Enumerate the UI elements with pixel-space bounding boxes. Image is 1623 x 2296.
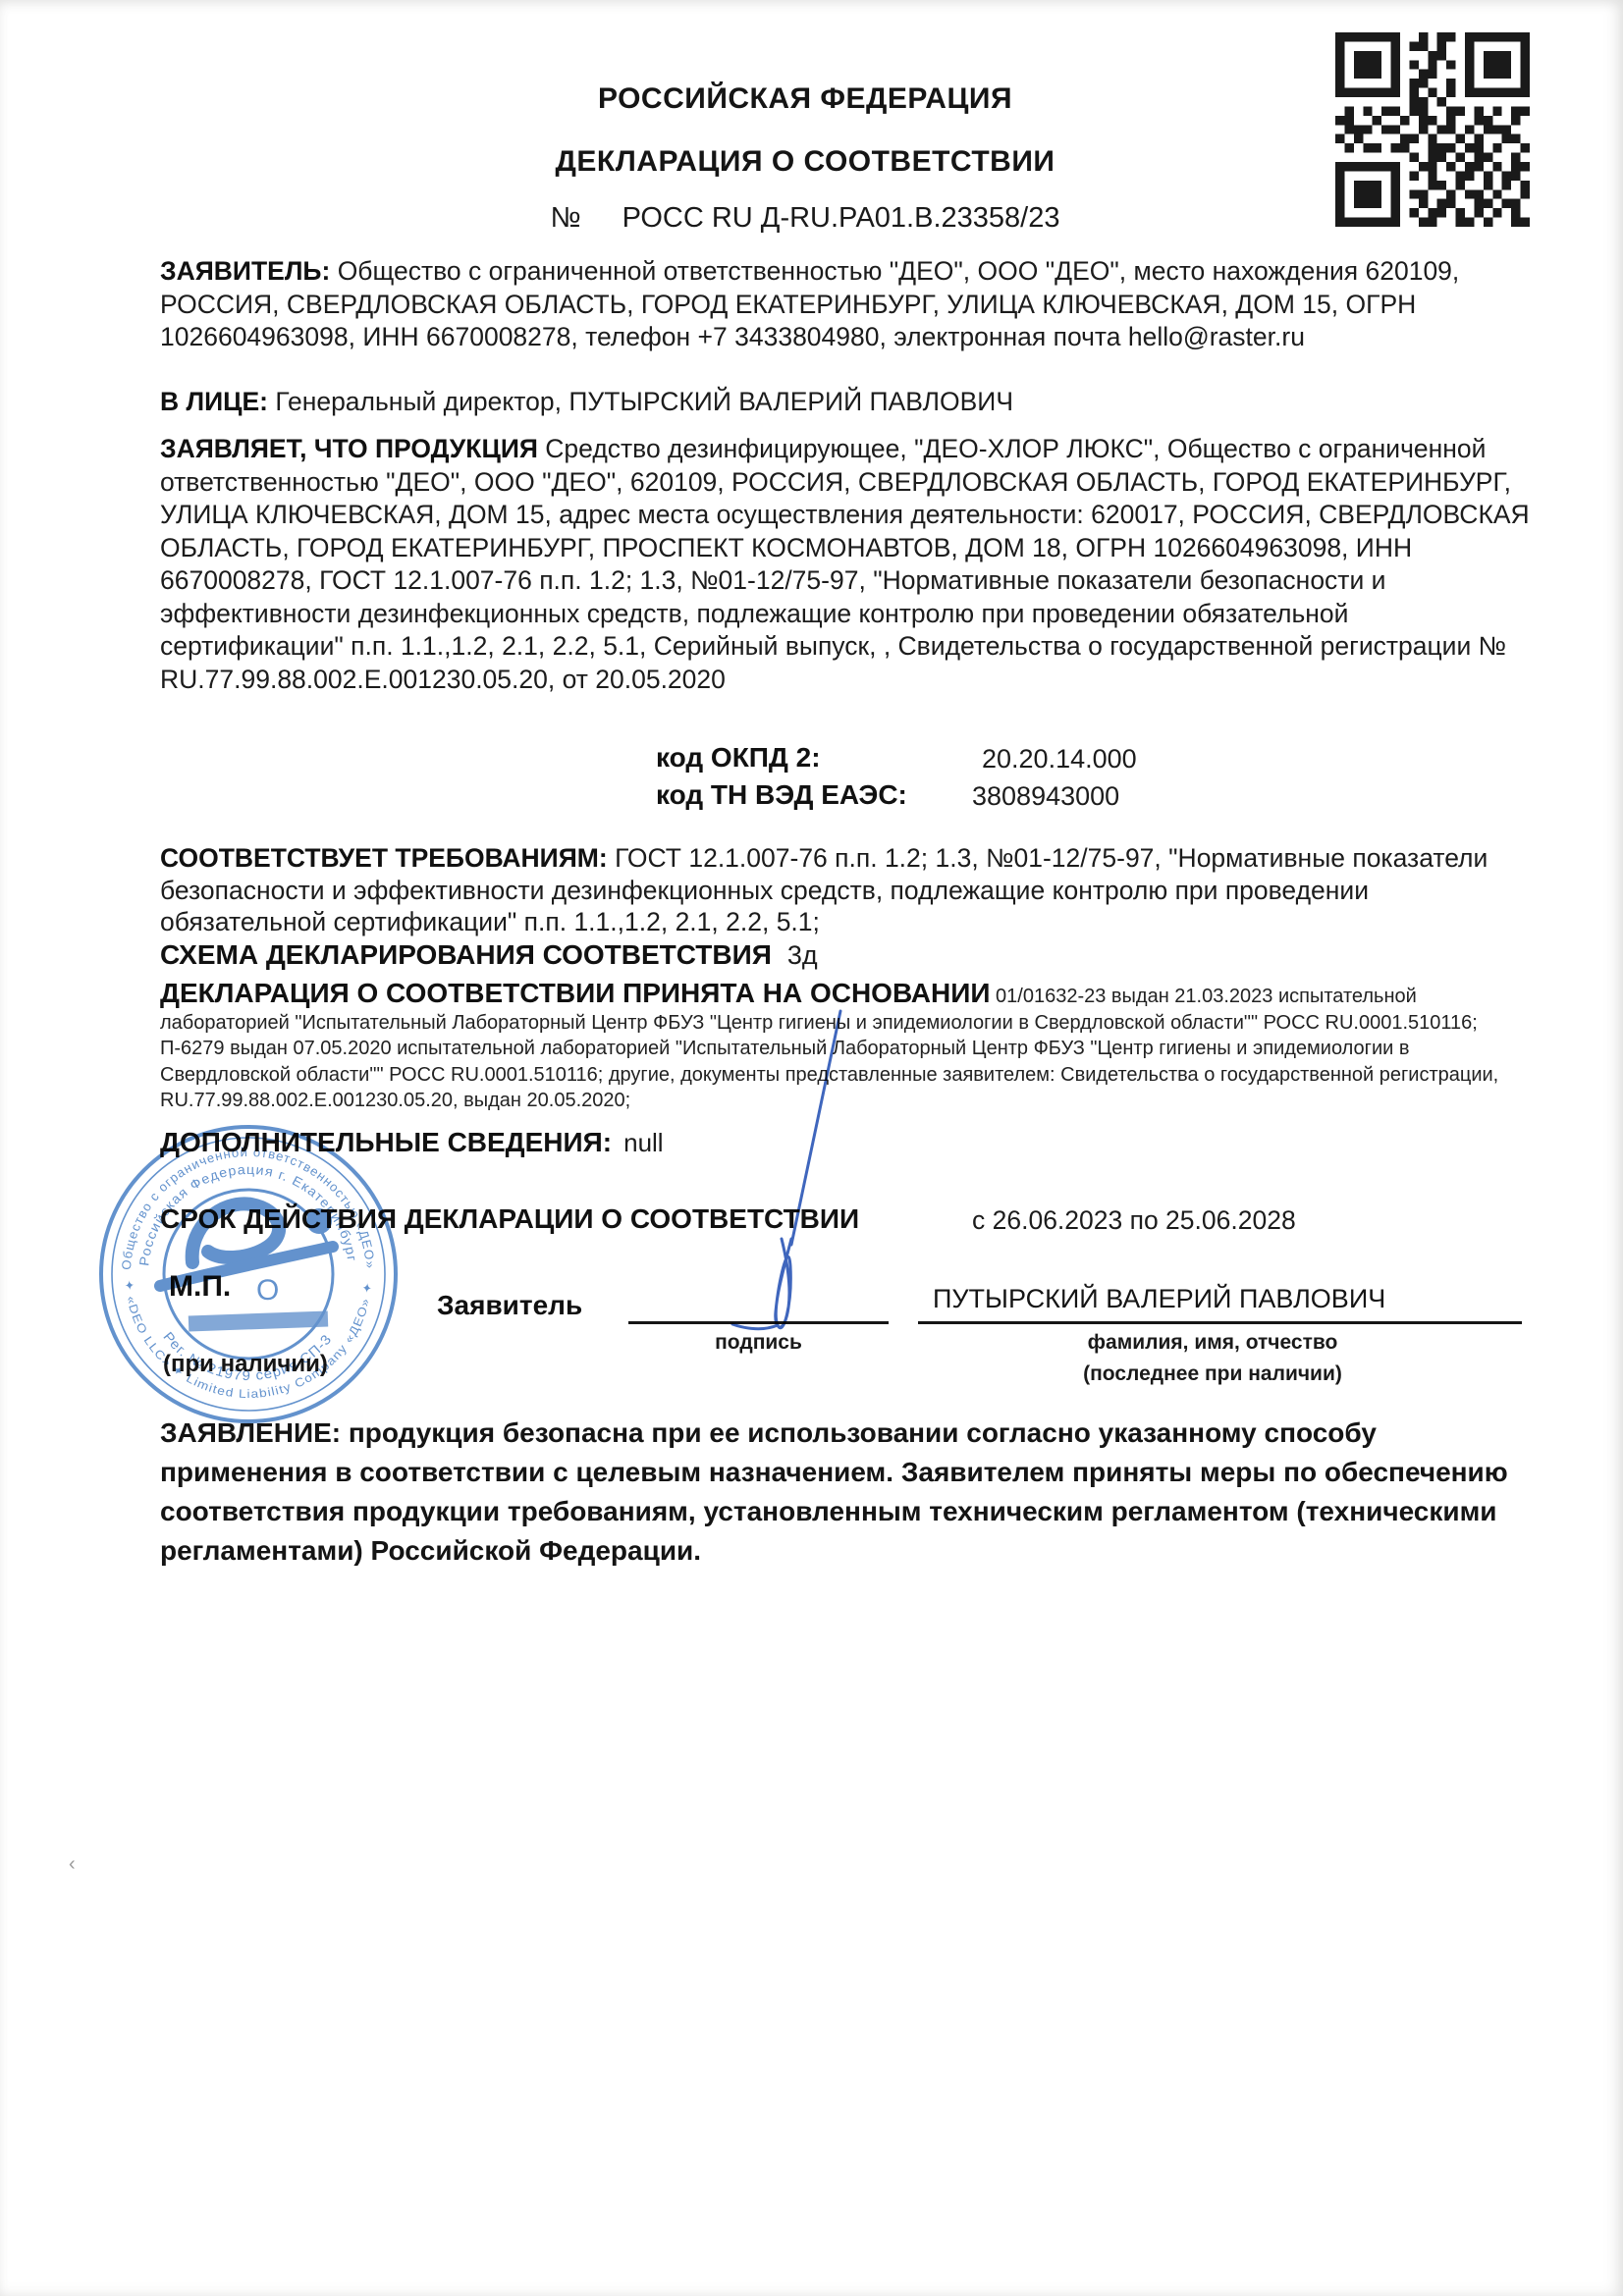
mp-label: М.П. (169, 1270, 231, 1304)
in-person-label: В ЛИЦЕ: (160, 387, 268, 416)
basis-label: ДЕКЛАРАЦИЯ О СООТВЕТСТВИИ ПРИНЯТА НА ОСН… (160, 978, 990, 1008)
complies-label: СООТВЕТСТВУЕТ ТРЕБОВАНИЯМ: (160, 843, 608, 873)
applicant-text: Общество с ограниченной ответственностью… (160, 256, 1459, 351)
okpd-label: код ОКПД 2: (656, 742, 821, 774)
signature-caption: подпись (628, 1331, 889, 1355)
product-paragraph: ЗАЯВЛЯЕТ, ЧТО ПРОДУКЦИЯ Средство дезинфи… (160, 433, 1535, 696)
validity-row: СРОК ДЕЙСТВИЯ ДЕКЛАРАЦИИ О СООТВЕТСТВИИ … (160, 1203, 1535, 1243)
applicant-label: ЗАЯВИТЕЛЬ: (160, 256, 330, 286)
name-caption-2: (последнее при наличии) (918, 1362, 1507, 1386)
basis-paragraph: ДЕКЛАРАЦИЯ О СООТВЕТСТВИИ ПРИНЯТА НА ОСН… (160, 981, 1535, 1114)
stamp-center-letter: О (256, 1274, 279, 1307)
scheme-value: 3д (787, 940, 818, 970)
signature-line (628, 1276, 889, 1324)
declaration-document: РОССИЙСКАЯ ФЕДЕРАЦИЯ ДЕКЛАРАЦИЯ О СООТВЕ… (0, 0, 1623, 2296)
declaration-number: РОСС RU Д-RU.РА01.В.23358/23 (622, 202, 1060, 234)
okpd-row: код ОКПД 2: 20.20.14.000 (160, 742, 1535, 777)
product-label: ЗАЯВЛЯЕТ, ЧТО ПРОДУКЦИЯ (160, 434, 538, 463)
product-text: Средство дезинфицирующее, "ДЕО-ХЛОР ЛЮКС… (160, 434, 1530, 694)
scheme-row: СХЕМА ДЕКЛАРИРОВАНИЯ СООТВЕТСТВИЯ3д (160, 939, 1535, 971)
company-stamp: Общество с ограниченной ответственностью… (91, 1117, 406, 1431)
qr-code (1333, 32, 1532, 227)
scan-artifact: ‹ (69, 1853, 76, 1876)
validity-value: с 26.06.2023 по 25.06.2028 (972, 1205, 1296, 1236)
applicant-paragraph: ЗАЯВИТЕЛЬ: Общество с ограниченной ответ… (160, 255, 1535, 354)
complies-paragraph: СООТВЕТСТВУЕТ ТРЕБОВАНИЯМ: ГОСТ 12.1.007… (160, 842, 1535, 938)
name-caption-1: фамилия, имя, отчество (918, 1331, 1507, 1355)
signatory-name: ПУТЫРСКИЙ ВАЛЕРИЙ ПАВЛОВИЧ (918, 1284, 1522, 1324)
in-person-text: Генеральный директор, ПУТЫРСКИЙ ВАЛЕРИЙ … (275, 387, 1013, 416)
stamp-ring-outer-bottom-text: ✦ «DEO LLC» ✦ Limited Liability Company … (122, 1279, 375, 1401)
declaration-number-line: №РОСС RU Д-RU.РА01.В.23358/23 (118, 202, 1492, 235)
okpd-value: 20.20.14.000 (982, 744, 1137, 774)
additional-row: ДОПОЛНИТЕЛЬНЫЕ СВЕДЕНИЯ:null (160, 1127, 1535, 1158)
statement-label: ЗАЯВЛЕНИЕ: (160, 1417, 341, 1448)
additional-value: null (623, 1128, 663, 1157)
tnved-label: код ТН ВЭД ЕАЭС: (656, 779, 907, 811)
additional-label: ДОПОЛНИТЕЛЬНЫЕ СВЕДЕНИЯ: (160, 1127, 612, 1157)
country-header: РОССИЙСКАЯ ФЕДЕРАЦИЯ (118, 82, 1492, 116)
mp-note: (при наличии) (163, 1351, 328, 1378)
scheme-label: СХЕМА ДЕКЛАРИРОВАНИЯ СООТВЕТСТВИЯ (160, 939, 772, 970)
statement-paragraph: ЗАЯВЛЕНИЕ: продукция безопасна при ее ис… (160, 1414, 1520, 1571)
stamp-ink-bar (189, 1311, 328, 1332)
validity-label: СРОК ДЕЙСТВИЯ ДЕКЛАРАЦИИ О СООТВЕТСТВИИ (160, 1203, 859, 1235)
svg-text:✦ «DEO LLC» ✦ Limited Liabilit: ✦ «DEO LLC» ✦ Limited Liability Company … (122, 1279, 375, 1401)
tnved-value: 3808943000 (972, 781, 1119, 812)
tnved-row: код ТН ВЭД ЕАЭС: 3808943000 (160, 779, 1535, 815)
applicant-role-label: Заявитель (437, 1290, 582, 1321)
in-person-paragraph: В ЛИЦЕ: Генеральный директор, ПУТЫРСКИЙ … (160, 386, 1535, 419)
page-title: ДЕКЛАРАЦИЯ О СООТВЕТСТВИИ (118, 145, 1492, 179)
number-sign: № (551, 202, 581, 234)
statement-text: продукция безопасна при ее использовании… (160, 1417, 1508, 1566)
